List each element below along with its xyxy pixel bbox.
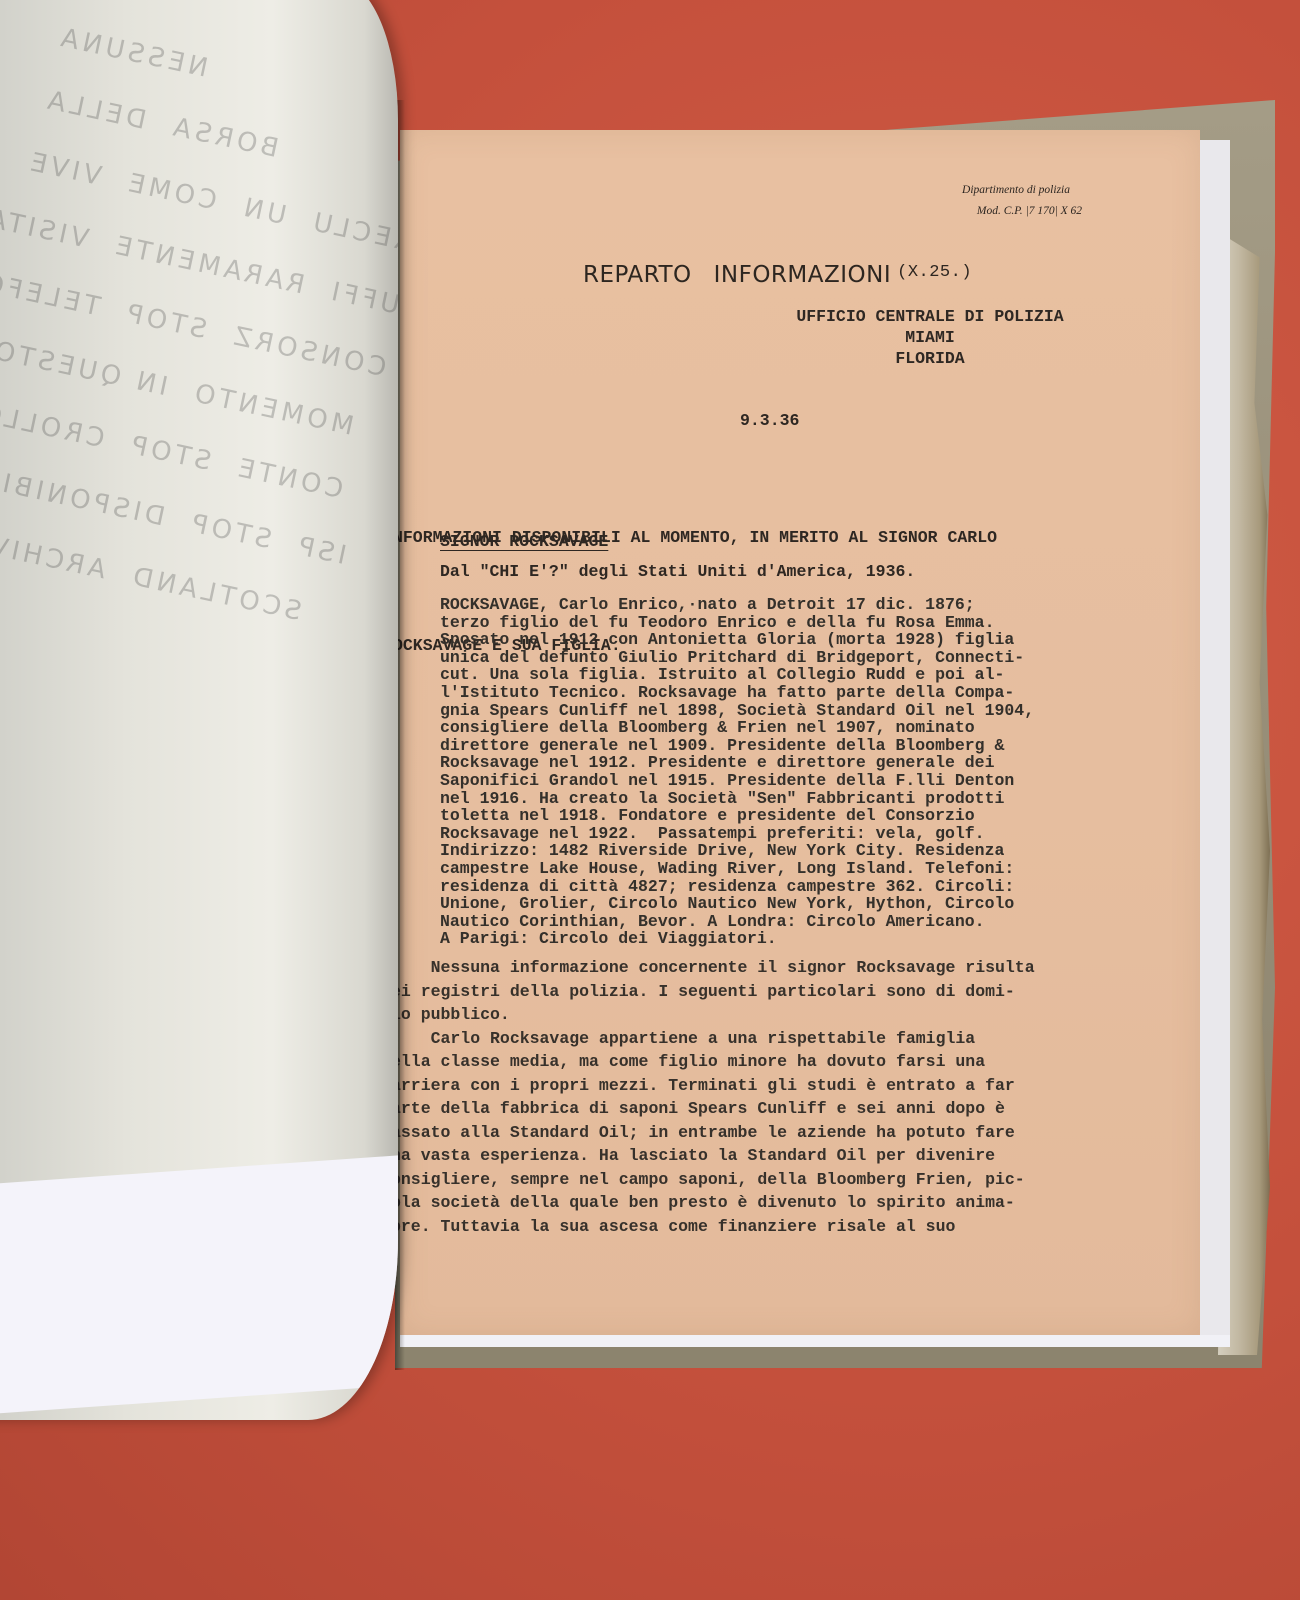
white-paper-band <box>0 1155 398 1414</box>
text-line: Rocksavage nel 1912. Presidente e dirett… <box>440 754 1200 772</box>
police-findings: Nessuna informazione concernente il sign… <box>391 956 1191 1238</box>
text-line: campestre Lake House, Wading River, Long… <box>440 860 1200 878</box>
department-title: REPARTOINFORMAZIONI(X.25.) <box>583 262 972 288</box>
left-book-page: NESSUNA BORSA DELLA RECLU UN COME VIVE U… <box>0 0 398 1420</box>
text-line: Unione, Grolier, Circolo Nautico New Yor… <box>440 895 1200 913</box>
text-line: ROCKSAVAGE, Carlo Enrico,·nato a Detroit… <box>440 596 1200 614</box>
office-name: UFFICIO CENTRALE DI POLIZIA <box>740 306 1120 327</box>
form-stamp: Dipartimento di polizia Mod. C.P. |7 170… <box>962 180 1070 222</box>
text-line: ola società della quale ben presto è div… <box>391 1191 1191 1215</box>
section-heading: SIGNOR ROCKSAVAGE <box>440 532 608 551</box>
text-line: Sposato nel 1912 con Antonietta Gloria (… <box>440 631 1200 649</box>
text-line: Rocksavage nel 1922. Passatempi preferit… <box>440 825 1200 843</box>
text-line: cut. Una sola figlia. Istruito al Colleg… <box>440 666 1200 684</box>
text-line: residenza di città 4827; residenza campe… <box>440 878 1200 896</box>
biography-entry: ROCKSAVAGE, Carlo Enrico,·nato a Detroit… <box>440 596 1200 948</box>
text-line: l'Istituto Tecnico. Rocksavage ha fatto … <box>440 684 1200 702</box>
bleed-through-text: NESSUNA BORSA DELLA RECLU UN COME VIVE U… <box>0 6 398 650</box>
title-word-informazioni: INFORMAZIONI <box>714 262 892 288</box>
text-line: arriera con i propri mezzi. Terminati gl… <box>391 1074 1191 1098</box>
office-city: MIAMI <box>740 327 1120 348</box>
text-line: gnia Spears Cunliff nel 1898, Società St… <box>440 702 1200 720</box>
office-state: FLORIDA <box>740 348 1120 369</box>
text-line: A Parigi: Circolo dei Viaggiatori. <box>440 930 1200 948</box>
document-date: 9.3.36 <box>740 411 799 430</box>
text-line: terzo figlio del fu Teodoro Enrico e del… <box>440 614 1200 632</box>
text-line: Nessuna informazione concernente il sign… <box>391 956 1191 980</box>
typed-police-report-page: Dipartimento di polizia Mod. C.P. |7 170… <box>400 130 1200 1335</box>
text-line: direttore generale nel 1909. Presidente … <box>440 737 1200 755</box>
text-line: ei registri della polizia. I seguenti pa… <box>391 980 1191 1004</box>
text-line: onsigliere, sempre nel campo saponi, del… <box>391 1168 1191 1192</box>
title-reference: (X.25.) <box>897 263 972 282</box>
title-word-reparto: REPARTO <box>583 262 692 288</box>
white-sheet-bottom-edge <box>400 1335 1230 1347</box>
text-line: ella classe media, ma come figlio minore… <box>391 1050 1191 1074</box>
stamp-department: Dipartimento di polizia <box>962 180 1070 201</box>
source-citation: Dal "CHI E'?" degli Stati Uniti d'Americ… <box>440 562 915 581</box>
text-line: consigliere della Bloomberg & Frien nel … <box>440 719 1200 737</box>
text-line: assato alla Standard Oil; in entrambe le… <box>391 1121 1191 1145</box>
stamp-form-number: Mod. C.P. |7 170| X 62 <box>962 201 1082 222</box>
text-line: Nautico Corinthian, Bevor. A Londra: Cir… <box>440 913 1200 931</box>
text-line: unica del defunto Giulio Pritchard di Br… <box>440 649 1200 667</box>
office-address: UFFICIO CENTRALE DI POLIZIA MIAMI FLORID… <box>740 306 1120 369</box>
text-line: Indirizzo: 1482 Riverside Drive, New Yor… <box>440 842 1200 860</box>
text-line: ore. Tuttavia la sua ascesa come finanzi… <box>391 1215 1191 1239</box>
text-line: toletta nel 1918. Fondatore e presidente… <box>440 807 1200 825</box>
text-line: Carlo Rocksavage appartiene a una rispet… <box>391 1027 1191 1051</box>
text-line: nel 1916. Ha creato la Società "Sen" Fab… <box>440 790 1200 808</box>
text-line: na vasta esperienza. Ha lasciato la Stan… <box>391 1144 1191 1168</box>
text-line: io pubblico. <box>391 1003 1191 1027</box>
text-line: arte della fabbrica di saponi Spears Cun… <box>391 1097 1191 1121</box>
text-line: Saponifici Grandol nel 1915. Presidente … <box>440 772 1200 790</box>
